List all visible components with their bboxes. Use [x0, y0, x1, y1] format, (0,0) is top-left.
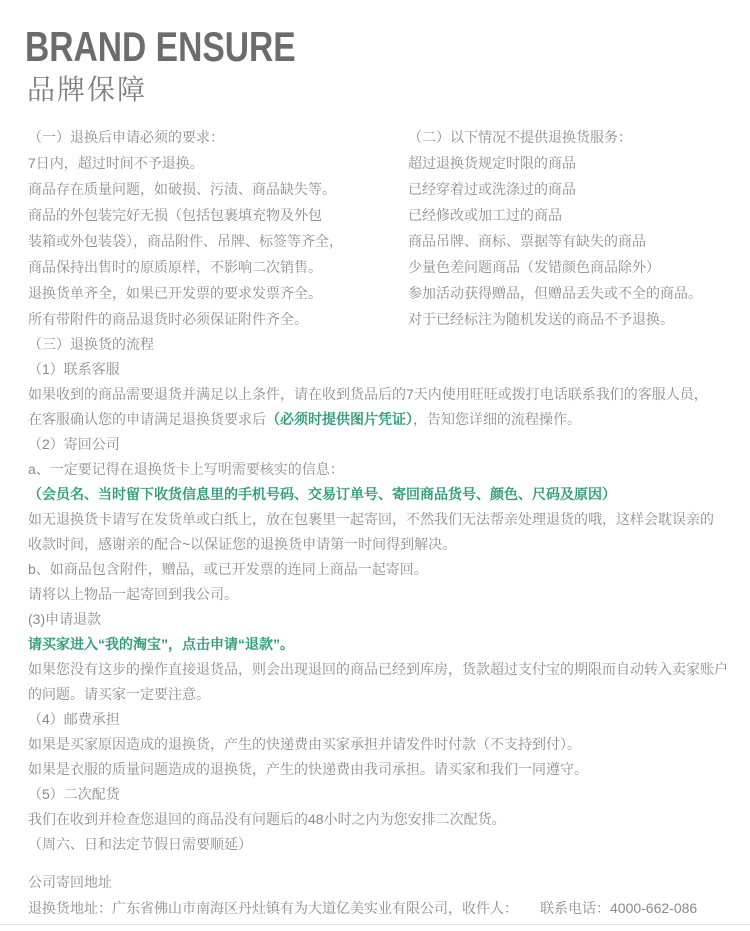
company-return-address-section: 公司寄回地址 退换货地址：广东省佛山市南海区丹灶镇有为大道亿美实业有限公司，收件…: [28, 869, 750, 921]
policy-line: 所有带附件的商品退货时必须保证附件齐全。: [28, 306, 408, 332]
policy-line: (3)申请退款: [28, 607, 750, 632]
bottom-divider: [0, 924, 750, 925]
policy-line: 已经穿着过或洗涤过的商品: [408, 176, 750, 202]
policy-column-return-requirements: （一）退换后申请必须的要求：7日内，超过时间不予退换。商品存在质量问题，如破损、…: [28, 124, 408, 332]
body-text: 我们在收到并检查您退回的商品没有问题后的48小时之内为您安排二次配货。: [28, 811, 506, 827]
policy-line: （4）邮费承担: [28, 707, 750, 732]
policy-line: 的问题。请买家一定要注意。: [28, 682, 750, 707]
policy-line: 我们在收到并检查您退回的商品没有问题后的48小时之内为您安排二次配货。: [28, 807, 750, 832]
body-text: 如果您没有这步的操作直接退货品，则会出现退回的商品已经到库房，货款超过支付宝的期…: [28, 661, 728, 677]
policy-line: 收款时间，感谢亲的配合~以保证您的退换货申请第一时间得到解决。: [28, 532, 750, 557]
body-text: （1）联系客服: [28, 361, 120, 377]
policy-line: （三）退换货的流程: [28, 332, 750, 357]
body-text: 收款时间，感谢亲的配合~以保证您的退换货申请第一时间得到解决。: [28, 536, 456, 552]
body-text: 的问题。请买家一定要注意。: [28, 686, 210, 702]
body-text: ，告知您详细的流程操作。: [413, 411, 581, 427]
policy-line: 参加活动获得赠品，但赠品丢失或不全的商品。: [408, 280, 750, 306]
body-text: 如果是衣服的质量问题造成的退换货，产生的快递费由我司承担。请买家和我们一同遵守。: [28, 761, 588, 777]
body-text: （2）寄回公司: [28, 436, 120, 452]
policy-line: （周六、日和法定节假日需要顺延）: [28, 832, 750, 857]
highlighted-text: （必须时提供图片凭证）: [266, 411, 413, 427]
policy-line: 商品的外包装完好无损（包括包裹填充物及外包: [28, 202, 408, 228]
policy-line: 装箱或外包装袋），商品附件、吊牌、标签等齐全，: [28, 228, 408, 254]
policy-line: 如果是衣服的质量问题造成的退换货，产生的快递费由我司承担。请买家和我们一同遵守。: [28, 757, 750, 782]
contact-phone: 联系电话：4000-662-086: [540, 900, 697, 916]
policy-line: 商品存在质量问题，如破损、污渍、商品缺失等。: [28, 176, 408, 202]
body-text: （三）退换货的流程: [28, 336, 154, 352]
policy-line: 7日内，超过时间不予退换。: [28, 150, 408, 176]
body-text: 如果是买家原因造成的退换货，产生的快递费由买家承担并请发件时付款（不支持到付）。: [28, 736, 581, 752]
return-address-line: 退换货地址：广东省佛山市南海区丹灶镇有为大道亿美实业有限公司，收件人：联系电话：…: [28, 895, 750, 921]
policy-line: 已经修改或加工过的商品: [408, 202, 750, 228]
body-text: 在客服确认您的申请满足退换货要求后: [28, 411, 266, 427]
policy-line: 退换货单齐全，如果已开发票的要求发票齐全。: [28, 280, 408, 306]
body-text: （4）邮费承担: [28, 711, 120, 727]
return-address-text: 退换货地址：广东省佛山市南海区丹灶镇有为大道亿美实业有限公司，收件人：: [28, 900, 518, 916]
policy-line: （一）退换后申请必须的要求：: [28, 124, 408, 150]
policy-line: 商品吊牌、商标、票据等有缺失的商品: [408, 228, 750, 254]
highlighted-text: （会员名、当时留下收货信息里的手机号码、交易订单号、寄回商品货号、颜色、尺码及原…: [28, 486, 616, 502]
body-text: （周六、日和法定节假日需要顺延）: [28, 836, 252, 852]
body-text: 如无退换货卡请写在发货单或白纸上，放在包裹里一起寄回，不然我们无法帮亲处理退货的…: [28, 511, 714, 527]
policy-line: a、一定要记得在退换货卡上写明需要核实的信息：: [28, 457, 750, 482]
policy-line: （会员名、当时留下收货信息里的手机号码、交易订单号、寄回商品货号、颜色、尺码及原…: [28, 482, 750, 507]
policy-columns: （一）退换后申请必须的要求：7日内，超过时间不予退换。商品存在质量问题，如破损、…: [28, 124, 750, 332]
page-title-english: BRAND ENSURE: [25, 26, 605, 68]
policy-line: 请将以上物品一起寄回到我公司。: [28, 582, 750, 607]
body-text: （5）二次配货: [28, 786, 120, 802]
return-address-heading: 公司寄回地址: [28, 869, 750, 895]
policy-line: （2）寄回公司: [28, 432, 750, 457]
policy-line: 如果您没有这步的操作直接退货品，则会出现退回的商品已经到库房，货款超过支付宝的期…: [28, 657, 750, 682]
policy-line: 如果是买家原因造成的退换货，产生的快递费由买家承担并请发件时付款（不支持到付）。: [28, 732, 750, 757]
policy-column-no-return-cases: （二）以下情况不提供退换货服务：超过退换货规定时限的商品已经穿着过或洗涤过的商品…: [408, 124, 750, 332]
body-text: b、如商品包含附件，赠品，或已开发票的连同上商品一起寄回。: [28, 561, 428, 577]
policy-line: 超过退换货规定时限的商品: [408, 150, 750, 176]
body-text: a、一定要记得在退换货卡上写明需要核实的信息：: [28, 461, 344, 477]
highlighted-text: 请买家进入“我的淘宝”，点击申请“退款”。: [28, 636, 294, 652]
page-header: BRAND ENSURE 品牌保障: [0, 0, 750, 106]
return-process-section: （三）退换货的流程（1）联系客服如果收到的商品需要退货并满足以上条件，请在收到货…: [28, 332, 750, 857]
policy-line: 商品保持出售时的原质原样，不影响二次销售。: [28, 254, 408, 280]
body-text: 如果收到的商品需要退货并满足以上条件，请在收到货品后的7天内使用旺旺或拨打电话联…: [28, 386, 708, 402]
policy-line: （5）二次配货: [28, 782, 750, 807]
policy-line: 少量色差问题商品（发错颜色商品除外）: [408, 254, 750, 280]
brand-ensure-page: BRAND ENSURE 品牌保障 （一）退换后申请必须的要求：7日内，超过时间…: [0, 0, 750, 931]
policy-line: （1）联系客服: [28, 357, 750, 382]
page-title-chinese: 品牌保障: [27, 75, 750, 106]
policy-line: 如果收到的商品需要退货并满足以上条件，请在收到货品后的7天内使用旺旺或拨打电话联…: [28, 382, 750, 407]
body-text: (3)申请退款: [28, 611, 101, 627]
policy-line: 如无退换货卡请写在发货单或白纸上，放在包裹里一起寄回，不然我们无法帮亲处理退货的…: [28, 507, 750, 532]
policy-line: b、如商品包含附件，赠品，或已开发票的连同上商品一起寄回。: [28, 557, 750, 582]
policy-line: 请买家进入“我的淘宝”，点击申请“退款”。: [28, 632, 750, 657]
policy-line: （二）以下情况不提供退换货服务：: [408, 124, 750, 150]
policy-line: 对于已经标注为随机发送的商品不予退换。: [408, 306, 750, 332]
policy-line: 在客服确认您的申请满足退换货要求后（必须时提供图片凭证），告知您详细的流程操作。: [28, 407, 750, 432]
body-text: 请将以上物品一起寄回到我公司。: [28, 586, 238, 602]
